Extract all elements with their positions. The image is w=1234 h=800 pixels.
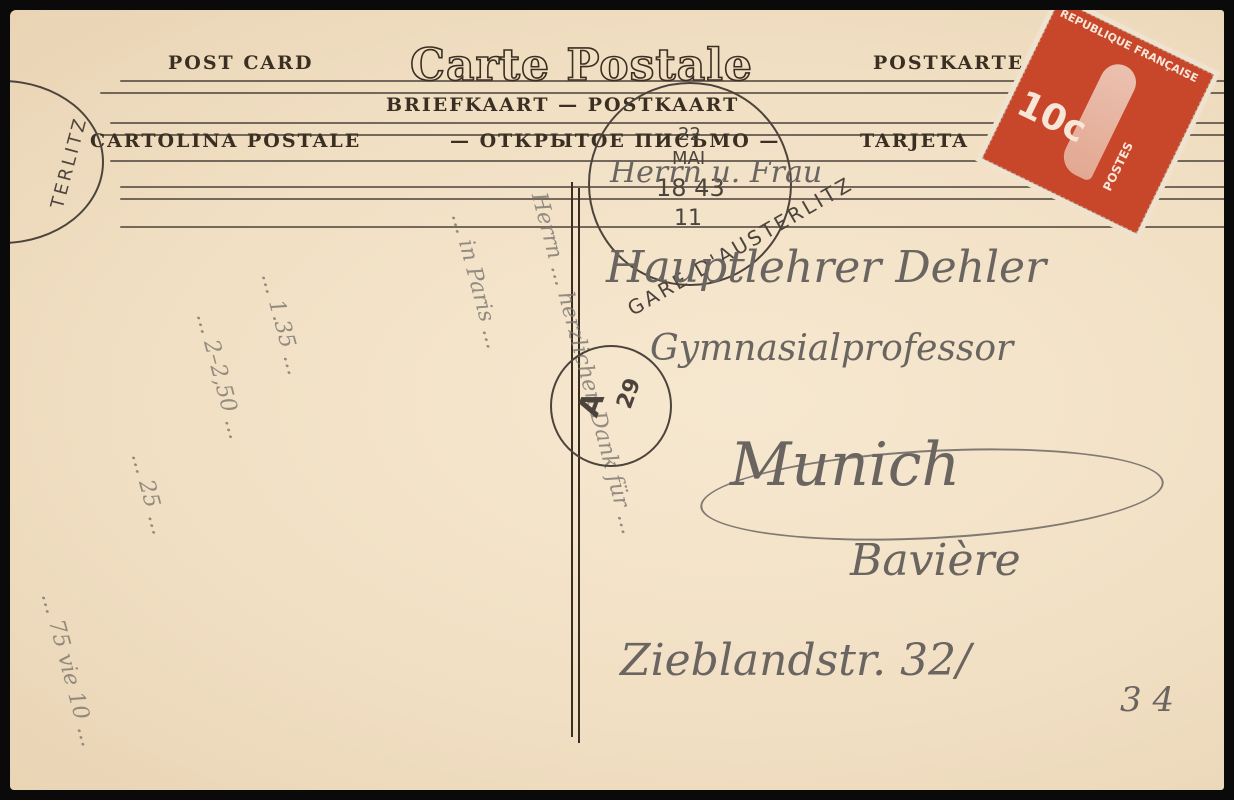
- message-fragment: ... 25 ...: [126, 450, 172, 538]
- divider-line: [578, 188, 580, 743]
- postmark-day: 22: [678, 124, 701, 145]
- address-line-6: Zieblandstr. 32/: [620, 635, 971, 686]
- postmark-number: 29: [612, 375, 646, 412]
- address-line-2: Hauptlehrer Dehler: [606, 242, 1046, 293]
- postkarte-label: POSTKARTE: [873, 52, 1024, 74]
- message-fragment: ... 2–2,50 ...: [191, 310, 249, 442]
- handwritten-message: Herrn ... herzlichen Dank für ... ... in…: [30, 30, 575, 780]
- address-line-5: Bavière: [850, 535, 1021, 586]
- address-line-3: Gymnasialprofessor: [650, 328, 1013, 369]
- postmark-ring-text: TERLITZ: [47, 114, 92, 211]
- postmark-year: 11: [674, 206, 702, 231]
- address-line-1: Herrn u. Frau: [610, 155, 822, 190]
- message-fragment: ... 1.35 ...: [256, 270, 307, 378]
- address-line-7: 3 4: [1120, 680, 1174, 720]
- postage-stamp: REPUBLIQUE FRANÇAISE 10c POSTES: [982, 10, 1214, 234]
- message-fragment: ... 75 vie 10 ...: [36, 590, 101, 749]
- tarjeta-label: TARJETA: [860, 130, 969, 152]
- postcard: POST CARD Carte Postale POSTKARTE BRIEFK…: [10, 10, 1224, 790]
- postmark-letter: A: [571, 388, 612, 422]
- address-line-4: Munich: [730, 430, 960, 500]
- message-fragment: ... in Paris ...: [446, 210, 506, 352]
